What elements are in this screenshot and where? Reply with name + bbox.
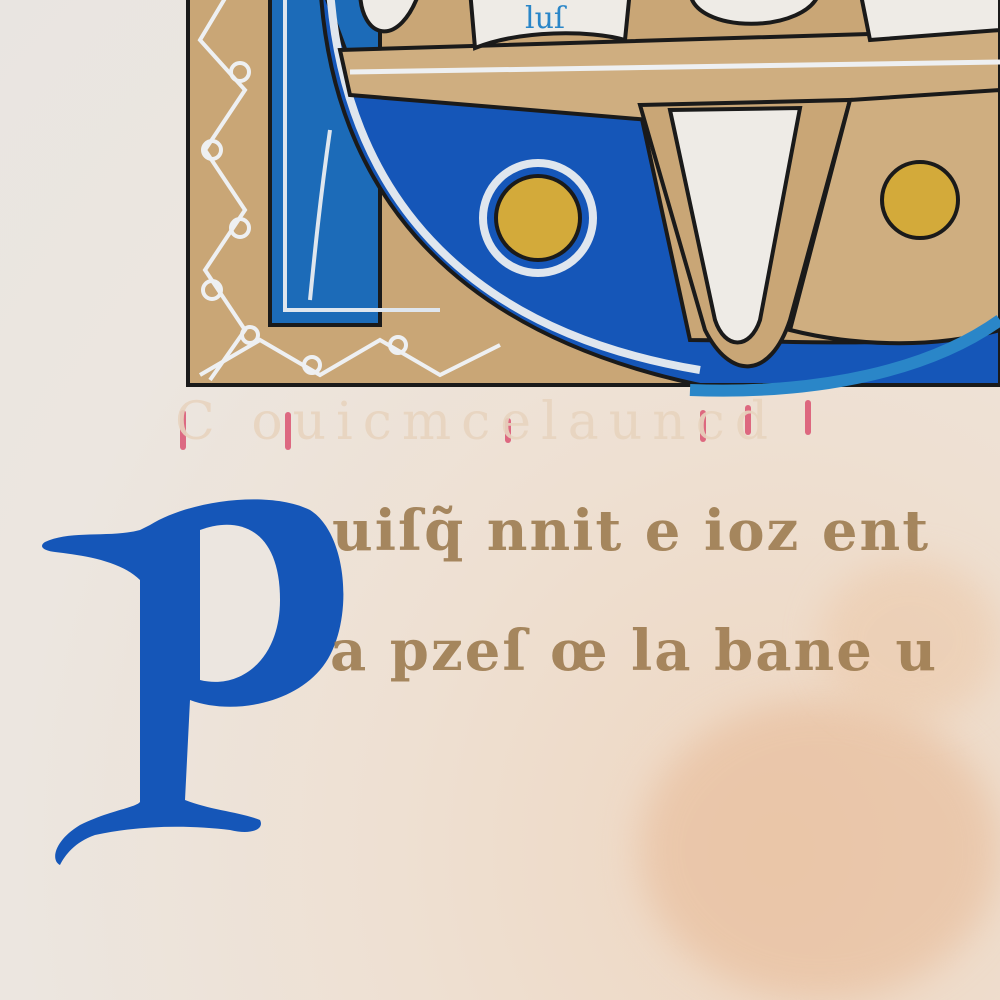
text-line-2: a pzeſ œ la bane u xyxy=(330,618,938,684)
initial-letter-p xyxy=(40,490,350,870)
scroll-text: luſ xyxy=(525,1,567,36)
rubric-line: C ouicmcelauncd xyxy=(175,392,778,452)
rubric-mark xyxy=(805,400,811,435)
gold-dot xyxy=(496,176,580,260)
parchment-stain xyxy=(640,700,1000,1000)
text-line-1: uiſq̃ nnit e ioz ent xyxy=(332,498,930,564)
illuminated-initial: luſ xyxy=(0,0,1000,400)
gold-dot xyxy=(882,162,958,238)
